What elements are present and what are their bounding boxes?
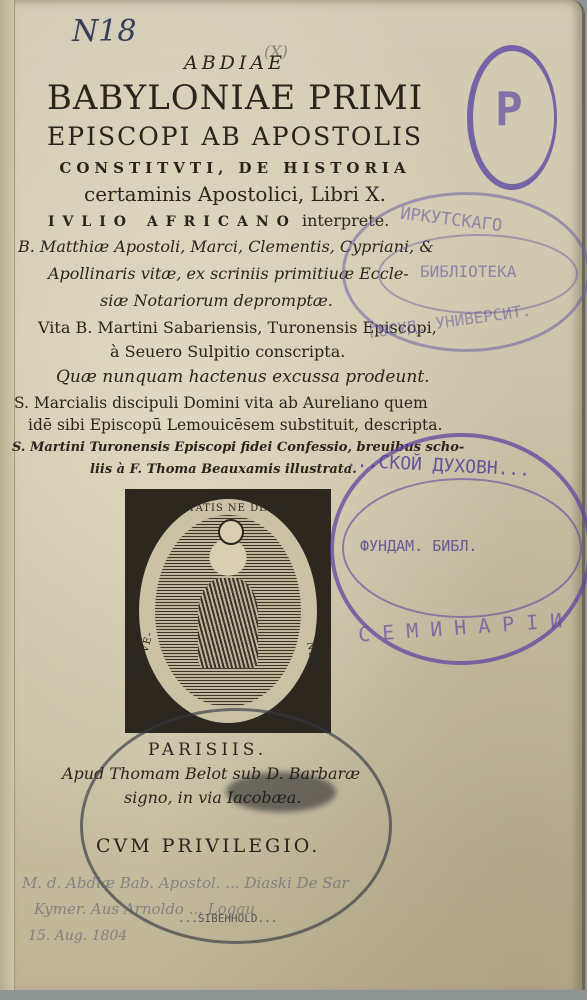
pencil-note-line-2: Kymer. Aus Arnoldo ... Logau [34,900,255,918]
title-line-3: EPISCOPI AB APOSTOLIS [0,122,470,151]
title-page: N18 (X) ABDIAE BABYLONIAE PRIMI EPISCOPI… [0,0,585,995]
title-line-5: certaminis Apostolici, Libri X. [0,182,470,206]
device-plant-illustration [198,578,258,668]
translator-name: IVLIO AFRICANO [48,214,297,230]
gray-stamp-smudge [226,772,336,812]
sun-icon [218,519,244,545]
printers-device-woodcut: RITATIS NE DECLI VIA VE- NES [125,489,331,733]
contents-line-16: liis à F. Thoma Beauxamis illustrata. [90,462,357,477]
contents-line-9: siæ Notariorum depromptæ. [100,291,333,310]
title-line-4: CONSTITVTI, DE HISTORIA [0,159,470,177]
seminary-stamp-middle: ФУНДАМ. БИБЛ. [360,537,477,555]
handwritten-shelfmark: N18 [72,14,136,49]
contents-line-13: S. Marcialis discipuli Domini vita ab Au… [14,394,428,412]
irkutsk-stamp-middle: БИБЛIОТЕКА [420,262,516,281]
contents-line-14: idē sibi Episcopū Lemouicēsem substituit… [28,416,442,434]
device-motto-right: NES [304,641,319,668]
pencil-note-line-3: 15. Aug. 1804 [28,928,127,944]
contents-line-12: Quæ nunquam hactenus excussa prodeunt. [56,367,430,387]
translator-line: IVLIO AFRICANO interprete. [48,211,389,230]
title-main-line: BABYLONIAE PRIMI [0,78,470,118]
contents-line-11: à Seuero Sulpitio conscripta. [110,342,345,361]
pencil-note-line-1: M. d. Abdiæ Bab. Apostol. ... Diaski De … [22,874,349,892]
round-p-stamp-letter: P [495,82,523,136]
scan-background [0,990,587,1000]
title-author-line: ABDIAE [0,52,470,74]
device-motto-top: RITATIS NE DECLI [175,503,289,514]
